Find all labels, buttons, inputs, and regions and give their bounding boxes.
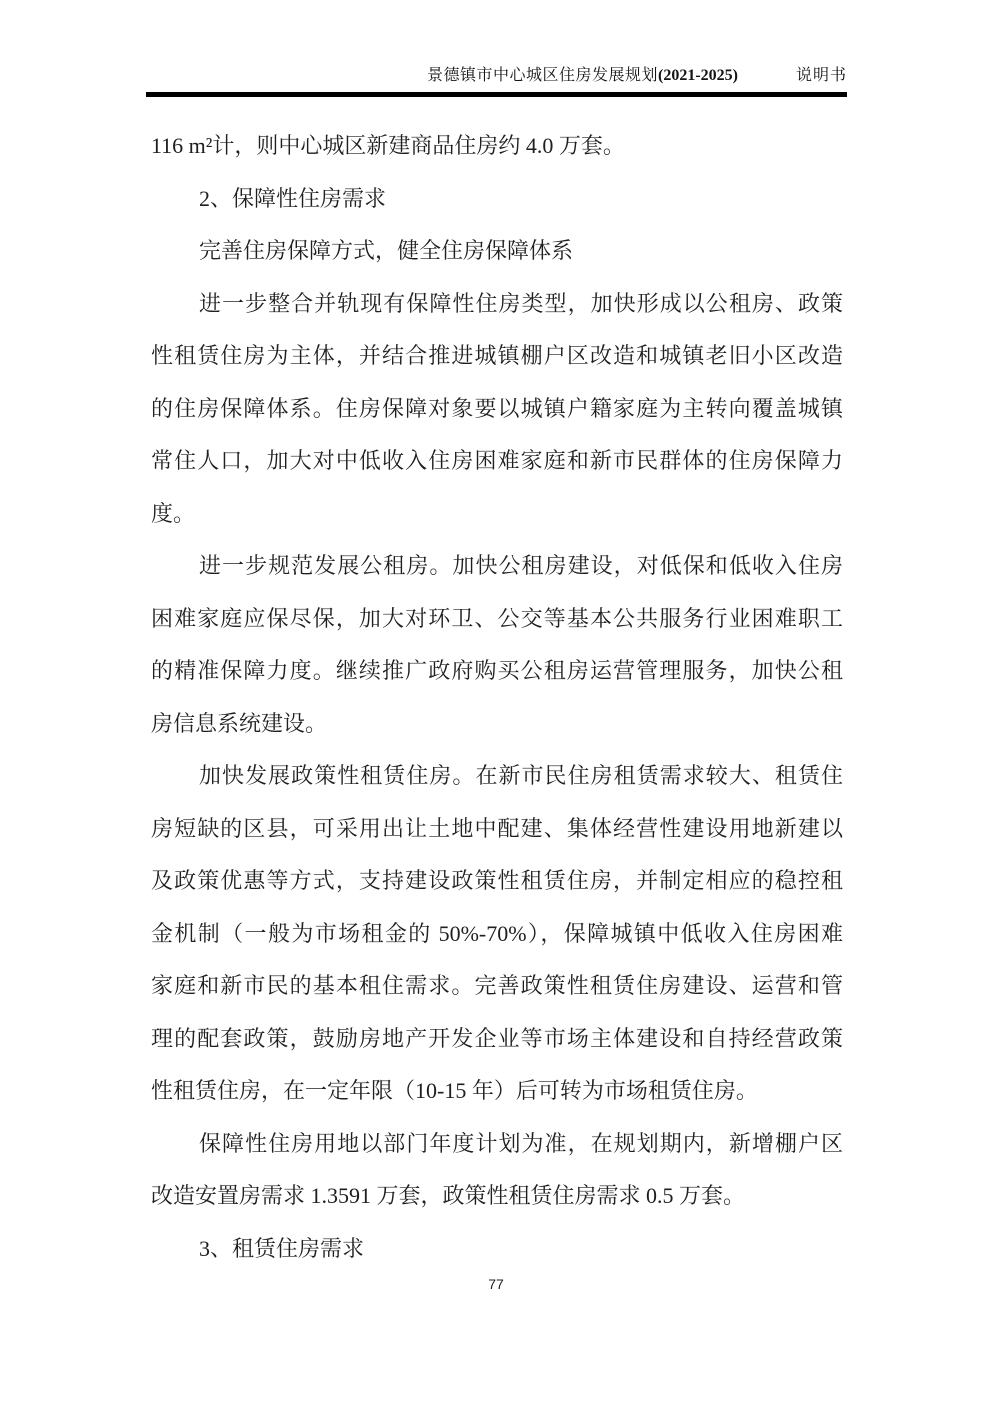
header-title-years: (2021-2025) [658, 67, 738, 84]
body-line: 性租赁住房，在一定年限（10-15 年）后可转为市场租赁住房。 [151, 1065, 843, 1118]
body-line: 金机制（一般为市场租金的 50%-70%），保障城镇中低收入住房困难 [151, 908, 843, 961]
body-line: 的住房保障体系。住房保障对象要以城镇户籍家庭为主转向覆盖城镇 [151, 383, 843, 436]
body-line: 房信息系统建设。 [151, 698, 843, 751]
body-line: 常住人口，加大对中低收入住房困难家庭和新市民群体的住房保障力 [151, 435, 843, 488]
body-line: 及政策优惠等方式，支持建设政策性租赁住房，并制定相应的稳控租 [151, 855, 843, 908]
body-line: 保障性住房用地以部门年度计划为准，在规划期内，新增棚户区 [151, 1118, 843, 1171]
document-page: 景德镇市中心城区住房发展规划(2021-2025) 说明书 116 m²计，则中… [0, 0, 992, 1403]
header-doc-type: 说明书 [796, 62, 847, 85]
body-line: 度。 [151, 488, 843, 541]
body-line: 理的配套政策，鼓励房地产开发企业等市场主体建设和自持经营政策 [151, 1013, 843, 1066]
header-rule-divider [146, 92, 847, 97]
body-line: 116 m²计，则中心城区新建商品住房约 4.0 万套。 [151, 120, 843, 173]
body-line: 房短缺的区县，可采用出让土地中配建、集体经营性建设用地新建以 [151, 803, 843, 856]
body-line: 进一步规范发展公租房。加快公租房建设，对低保和低收入住房 [151, 540, 843, 593]
body-line-heading: 2、保障性住房需求 [151, 173, 843, 226]
body-line: 完善住房保障方式，健全住房保障体系 [151, 225, 843, 278]
body-line: 的精准保障力度。继续推广政府购买公租房运营管理服务，加快公租 [151, 645, 843, 698]
body-line: 进一步整合并轨现有保障性住房类型，加快形成以公租房、政策 [151, 278, 843, 331]
header-title: 景德镇市中心城区住房发展规划(2021-2025) [427, 62, 738, 85]
header-title-text: 景德镇市中心城区住房发展规划 [427, 67, 658, 84]
page-number: 77 [0, 1276, 992, 1292]
body-line: 性租赁住房为主体，并结合推进城镇棚户区改造和城镇老旧小区改造 [151, 330, 843, 383]
body-line: 家庭和新市民的基本租住需求。完善政策性租赁住房建设、运营和管 [151, 960, 843, 1013]
body-line: 加快发展政策性租赁住房。在新市民住房租赁需求较大、租赁住 [151, 750, 843, 803]
body-text: 116 m²计，则中心城区新建商品住房约 4.0 万套。 2、保障性住房需求 完… [151, 120, 843, 1275]
body-line: 改造安置房需求 1.3591 万套，政策性租赁住房需求 0.5 万套。 [151, 1170, 843, 1223]
body-line: 困难家庭应保尽保，加大对环卫、公交等基本公共服务行业困难职工 [151, 593, 843, 646]
body-line-heading: 3、租赁住房需求 [151, 1223, 843, 1276]
running-header: 景德镇市中心城区住房发展规划(2021-2025) 说明书 [146, 62, 847, 85]
